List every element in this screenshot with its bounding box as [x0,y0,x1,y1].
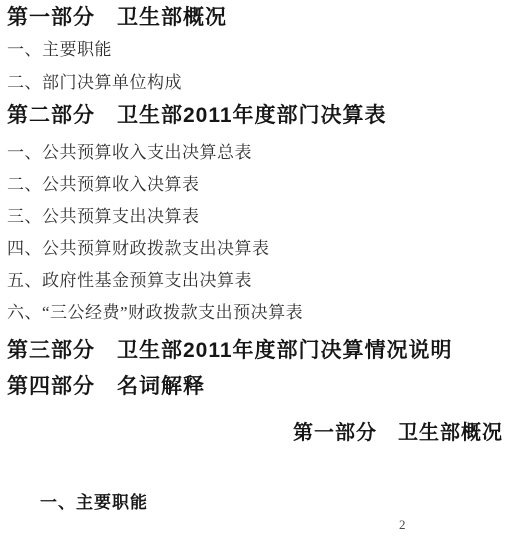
toc-part2-item-2: 二、公共预算收入决算表 [7,176,200,193]
page-number: 2 [399,517,406,533]
toc-part1-item-1: 一、主要职能 [7,41,112,58]
toc-part2-item-5: 五、政府性基金预算支出决算表 [7,272,252,289]
toc-part2-item-3: 三、公共预算支出决算表 [7,208,200,225]
toc-part2-heading: 第二部分 卫生部2011年度部门决算表 [7,105,387,126]
toc-part2-item-6: 六、“三公经费”财政拨款支出预决算表 [7,304,303,321]
toc-part2-item-4: 四、公共预算财政拨款支出决算表 [7,240,270,257]
toc-part1-heading: 第一部分 卫生部概况 [7,7,227,28]
body-subsection-heading: 一、主要职能 [40,494,148,511]
document-page: 第一部分 卫生部概况 一、主要职能 二、部门决算单位构成 第二部分 卫生部201… [0,0,512,539]
toc-part4-heading: 第四部分 名词解释 [7,376,205,397]
toc-part1-item-2: 二、部门决算单位构成 [7,74,182,91]
toc-part3-heading: 第三部分 卫生部2011年度部门决算情况说明 [7,340,453,361]
toc-part2-item-1: 一、公共预算收入支出决算总表 [7,144,252,161]
body-section-heading: 第一部分 卫生部概况 [293,423,503,443]
